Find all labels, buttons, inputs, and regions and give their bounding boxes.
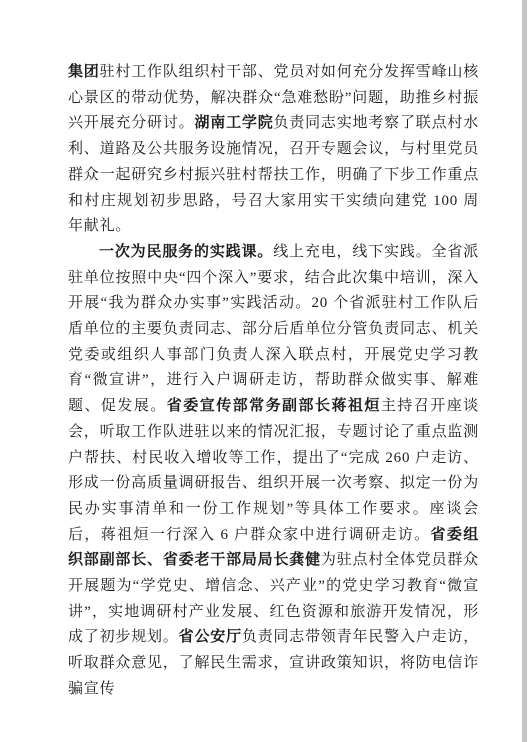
org-name-bold-run: 集团 bbox=[68, 64, 100, 80]
body-text-run: 线上充电，线下实践。全省派驻单位按照中央“四个深入”要求，结合此次集中培训，深入… bbox=[68, 244, 479, 414]
paragraph: 一次为民服务的实践课。线上充电，线下实践。全省派驻单位按照中央“四个深入”要求，… bbox=[68, 240, 479, 703]
official-name-bold-run: 省委宣传部常务副部长蒋祖烜 bbox=[167, 398, 381, 414]
paragraph: 集团驻村工作队组织村干部、党员对如何充分发挥雪峰山核心景区的带动优势，解决群众“… bbox=[68, 60, 479, 240]
document-page: 集团驻村工作队组织村干部、党员对如何充分发挥雪峰山核心景区的带动优势，解决群众“… bbox=[0, 0, 532, 742]
org-name-bold-run: 湖南工学院 bbox=[194, 115, 273, 131]
body-text-run: 主持召开座谈会，听取工作队进驻以来的情况汇报，专题讨论了重点监测户帮扶、村民收入… bbox=[68, 398, 479, 543]
section-lead-bold-run: 一次为民服务的实践课。 bbox=[99, 244, 273, 260]
body-text-run: 负责同志实地考察了联点村水利、道路及公共服务设施情况，召开专题会议，与村里党员群… bbox=[68, 115, 479, 234]
page-edge-line bbox=[522, 0, 527, 742]
org-name-bold-run: 省公安厅 bbox=[179, 629, 242, 645]
document-text-block: 集团驻村工作队组织村干部、党员对如何充分发挥雪峰山核心景区的带动优势，解决群众“… bbox=[68, 60, 479, 703]
